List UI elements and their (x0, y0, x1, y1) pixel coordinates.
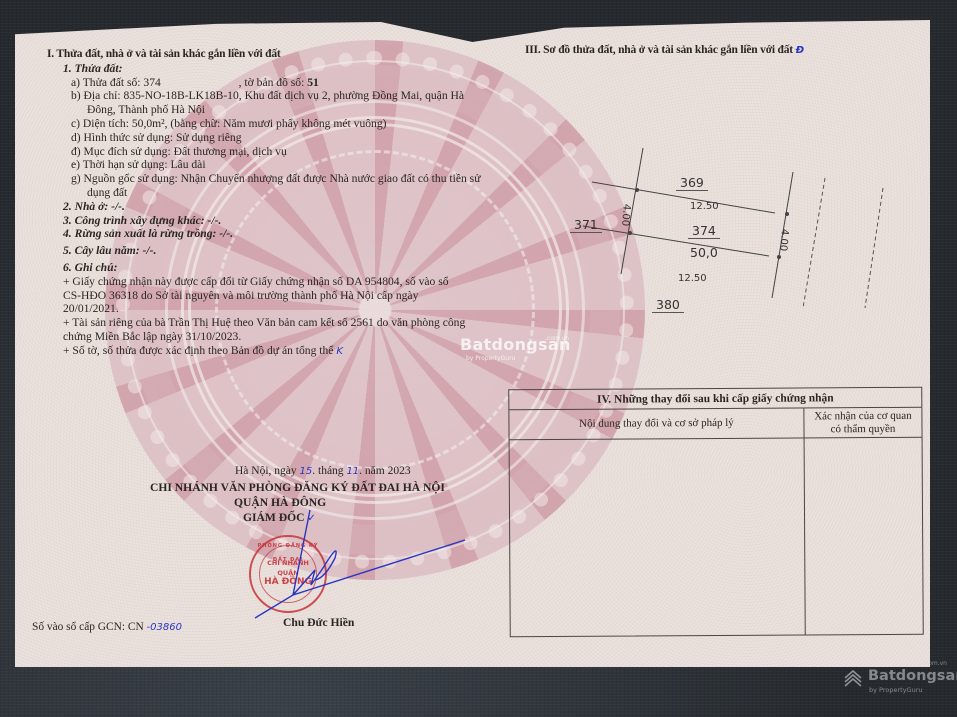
section-3-title-text: III. Sơ đồ thửa đất, nhà ở và tài sản kh… (525, 44, 793, 56)
usage-form-row: d) Hình thức sử dụng: Sử dụng riêng (47, 131, 487, 145)
changes-table: IV. Những thay đổi sau khi cấp giấy chứn… (508, 387, 924, 638)
map-sheet-label: , tờ bản đồ số: (239, 76, 305, 89)
issuing-district: QUẬN HÀ ĐÔNG (234, 496, 326, 510)
month-label: tháng (318, 465, 344, 477)
issue-day: 15 (300, 466, 313, 477)
registry-number-handwritten: -03860 (147, 622, 182, 633)
note-item: + Giấy chứng nhận này được cấp đổi từ Gi… (47, 275, 467, 316)
changes-table-body (510, 438, 923, 637)
check-mark-icon: ✓ (307, 513, 315, 524)
land-use-certificate-page: I. Thửa đất, nhà ở và tài sản khác gắn l… (15, 20, 930, 667)
address-value: 835-NO-18B-LK18B-10, Khu đất dịch vụ 2, … (124, 89, 465, 102)
right-edge-width: 4.00 (775, 228, 791, 251)
note-item-text: + Số tờ, số thửa được xác định theo Bản … (63, 344, 333, 357)
other-construction-row: 3. Công trình xây dựng khác: -/-. (47, 214, 487, 228)
batdongsan-logo-icon (843, 668, 863, 690)
origin-row-cont: dụng đất (47, 186, 487, 200)
bottom-edge-length: 12.50 (678, 272, 707, 286)
issue-year: năm 2023 (365, 465, 411, 477)
batdongsan-watermark: .com.vn Batdongsan by PropertyGuru (440, 338, 571, 366)
notes-heading: 6. Ghi chú: (47, 261, 487, 275)
address-label: b) Địa chỉ: (71, 89, 121, 102)
neighbor-parcel-label: 369 (676, 176, 708, 191)
issuing-organization: CHI NHÁNH VĂN PHÒNG ĐĂNG KÝ ĐẤT ĐAI HÀ N… (150, 481, 445, 495)
usage-purpose-row: đ) Mục đích sử dụng: Đất thương mại, dịc… (47, 145, 487, 159)
column-header-confirmation-line1: Xác nhận của cơ quan (804, 410, 921, 424)
address-row: b) Địa chỉ: 835-NO-18B-LK18B-10, Khu đất… (47, 89, 487, 103)
changes-cell-empty (510, 438, 806, 636)
column-header-changes: Nội dung thay đổi và cơ sở pháp lý (509, 408, 804, 439)
official-red-stamp: PHÒNG ĐĂNG KÝ ĐẤT ĐAI CHI NHÁNH QUẬN HÀ … (249, 535, 327, 613)
stamp-line-3: HÀ ĐÔNG (251, 576, 325, 590)
address-line-2: Đông, Thành phố Hà Nội (47, 103, 487, 117)
section-3-title: III. Sơ đồ thửa đất, nhà ở và tài sản kh… (525, 44, 804, 58)
watermark-tagline: by PropertyGuru (869, 686, 923, 694)
registry-number: Số vào sổ cấp GCN: CN -03860 (32, 621, 182, 635)
parcel-area-label: 50,0 (690, 246, 718, 260)
parcel-number-row: a) Thửa đất số: 374 , tờ bản đồ số: 51 (47, 76, 487, 90)
watermark-domain: .com.vn (923, 660, 947, 667)
map-sheet-number: 51 (307, 76, 319, 89)
parcel-number-label: 374 (688, 224, 720, 239)
top-edge-length: 12.50 (690, 200, 719, 214)
parcel-number: 374 (143, 76, 160, 89)
section-1-title: I. Thửa đất, nhà ở và tài sản khác gắn l… (47, 48, 487, 62)
usage-term-row: e) Thời hạn sử dụng: Lâu dài (47, 158, 487, 172)
neighbor-parcel-label: 371 (570, 218, 602, 233)
parcel-diagram: 369 371 380 374 50,0 12.50 12.50 4.00 4.… (560, 138, 900, 338)
handwritten-initial: K (336, 346, 343, 357)
left-edge-width: 4.00 (617, 203, 633, 226)
issue-date: Hà Nội, ngày 15. tháng 11. năm 2023 (235, 465, 411, 479)
neighbor-parcel-label: 380 (652, 298, 684, 313)
parcel-number-label: a) Thửa đất số: (71, 76, 141, 89)
changes-table-title: IV. Những thay đổi sau khi cấp giấy chứn… (509, 388, 921, 411)
issue-month: 11 (346, 466, 359, 477)
handwritten-initial: Đ (796, 45, 804, 56)
date-prefix: Hà Nội, ngày (235, 465, 297, 477)
house-row: 2. Nhà ở: -/-. (47, 200, 487, 214)
registry-label: Số vào sổ cấp GCN: CN (32, 621, 144, 633)
production-forest-row: 4. Rừng sản xuất là rừng trồng: -/-. (47, 227, 487, 241)
column-header-confirmation: Xác nhận của cơ quan có thẩm quyền (804, 408, 921, 438)
parcel-heading: 1. Thửa đất: (47, 62, 487, 76)
section-land-info: I. Thửa đất, nhà ở và tài sản khác gắn l… (47, 48, 487, 359)
note-item: + Số tờ, số thửa được xác định theo Bản … (47, 344, 467, 359)
column-header-confirmation-line2: có thẩm quyền (804, 423, 921, 437)
perennial-trees-row: 5. Cây lâu năm: -/-. (47, 244, 487, 258)
watermark-domain: .com.vn (545, 332, 569, 346)
signer-position-text: GIÁM ĐỐC (243, 511, 305, 524)
changes-table-header: Nội dung thay đổi và cơ sở pháp lý Xác n… (509, 408, 921, 441)
area-row: c) Diện tích: 50,0m², (bằng chữ: Năm mươ… (47, 117, 487, 131)
origin-row: g) Nguồn gốc sử dụng: Nhận Chuyển nhượng… (47, 172, 487, 186)
note-item: + Tài sản riêng của bà Trần Thị Huệ theo… (47, 316, 467, 344)
signer-name: Chu Đức Hiền (283, 616, 354, 630)
watermark-brand: Batdongsan (868, 668, 957, 684)
signer-position: GIÁM ĐỐC ✓ (243, 511, 316, 526)
parcel-diagram-lines (560, 138, 900, 338)
